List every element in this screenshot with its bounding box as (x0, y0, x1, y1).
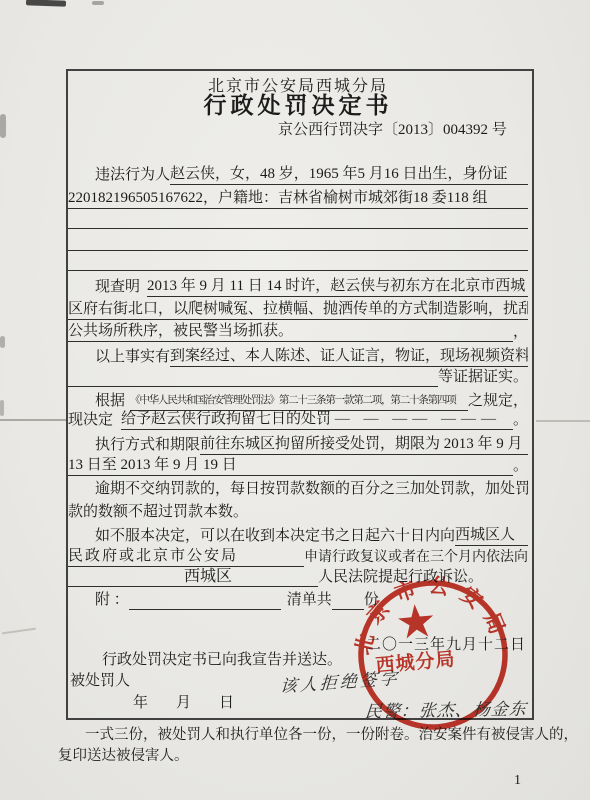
decision-line: 现决定 给予赵云侠行政拘留七日的处罚 — — —— ——— 。 (68, 410, 528, 430)
handwritten-officer-signatures: 民警：张杰、杨金东 (364, 695, 528, 723)
facts-line: 现查明 2013 年 9 月 11 日 14 时许，赵云侠与初东方在北京市西城 (68, 277, 528, 297)
scan-smudge (0, 336, 5, 348)
evidence-label: 以上事实有 (95, 348, 170, 367)
penalized-person-label: 被处罚人 (70, 672, 130, 691)
facts-label: 现查明 (95, 278, 140, 297)
scanned-document-page: 北京市公安局西城分局 行政处罚决定书 京公西行罚决字〔2013〕004392 号… (0, 0, 590, 800)
blank-line (68, 270, 528, 271)
service-statement: 行政处罚决定书已向我宣告并送达。 (102, 651, 342, 670)
facts-line: 公共场所秩序，被民警当场抓获。 ， (68, 322, 528, 342)
scan-smudge (92, 1, 104, 5)
scan-smudge (0, 114, 6, 138)
execution-label: 执行方式和期限 (95, 436, 200, 455)
evidence-line: 等证据证实。 (68, 368, 528, 387)
scan-smudge (0, 400, 4, 416)
violator-info-line: 违法行为人 赵云侠，女，48 岁，1965 年5 月16 日出生，身份证 (68, 165, 528, 185)
violator-fill: 赵云侠，女，48 岁，1965 年5 月16 日出生，身份证 (170, 165, 528, 185)
facts-line: 区府右街北口，以爬树喊冤、拉横幅、抛洒传单的方式制造影响，扰乱 (68, 300, 528, 320)
fold-crease (2, 628, 36, 635)
footer-distribution-note: 复印送达被侵害人。 (58, 747, 189, 766)
fold-crease (0, 419, 66, 421)
appeal-line: 民政府或北京市公安局 申请行政复议或者在三个月内依法向 (68, 547, 528, 567)
date-blank: 年月日 (133, 694, 262, 713)
late-fee-line: 款的数额不超过罚款本数。 (68, 503, 528, 522)
late-fee-line: 逾期不交纳罚款的，每日按罚款数额的百分之三加处罚款，加处罚 (68, 480, 528, 499)
appeal-line: 如不服本决定，可以在收到本决定书之日起六十日内向 西城区人 (68, 526, 528, 546)
scan-smudge (26, 0, 66, 7)
violator-info-line: 220182196505167622，户籍地：吉林省榆树市城郊街18 委118 … (68, 189, 528, 209)
fold-crease (536, 420, 590, 422)
blank-line (68, 250, 528, 251)
page-number: 1 (514, 773, 521, 789)
blank-line (68, 228, 528, 229)
handwritten-strike: — — —— ——— (335, 411, 501, 427)
evidence-line: 以上事实有 到案经过、本人陈述、证人证言，物证，现场视频资料 (68, 347, 528, 367)
legal-basis-line: 根据 《中华人民共和国治安管理处罚法》第二十三条第一款第二项，第二十条第四项 之… (68, 391, 528, 411)
decision-label: 现决定 (68, 411, 113, 430)
document-number: 京公西行罚决字〔2013〕004392 号 (278, 121, 507, 140)
execution-line: 执行方式和期限 前往东城区拘留所接受处罚，期限为 2013 年 9 月 (68, 435, 528, 455)
footer-distribution-note: 一式三份，被处罚人和执行单位各一份，一份附卷。治安案件有被侵害人的， (85, 726, 578, 745)
document-title: 行政处罚决定书 (68, 94, 528, 118)
violator-label: 违法行为人 (95, 166, 170, 185)
decision-date: 二〇一三年九月十二日 (366, 633, 526, 654)
basis-label: 根据 (95, 392, 125, 411)
execution-line: 13 日至 2013 年 9 月 19 日 。 (68, 456, 528, 476)
